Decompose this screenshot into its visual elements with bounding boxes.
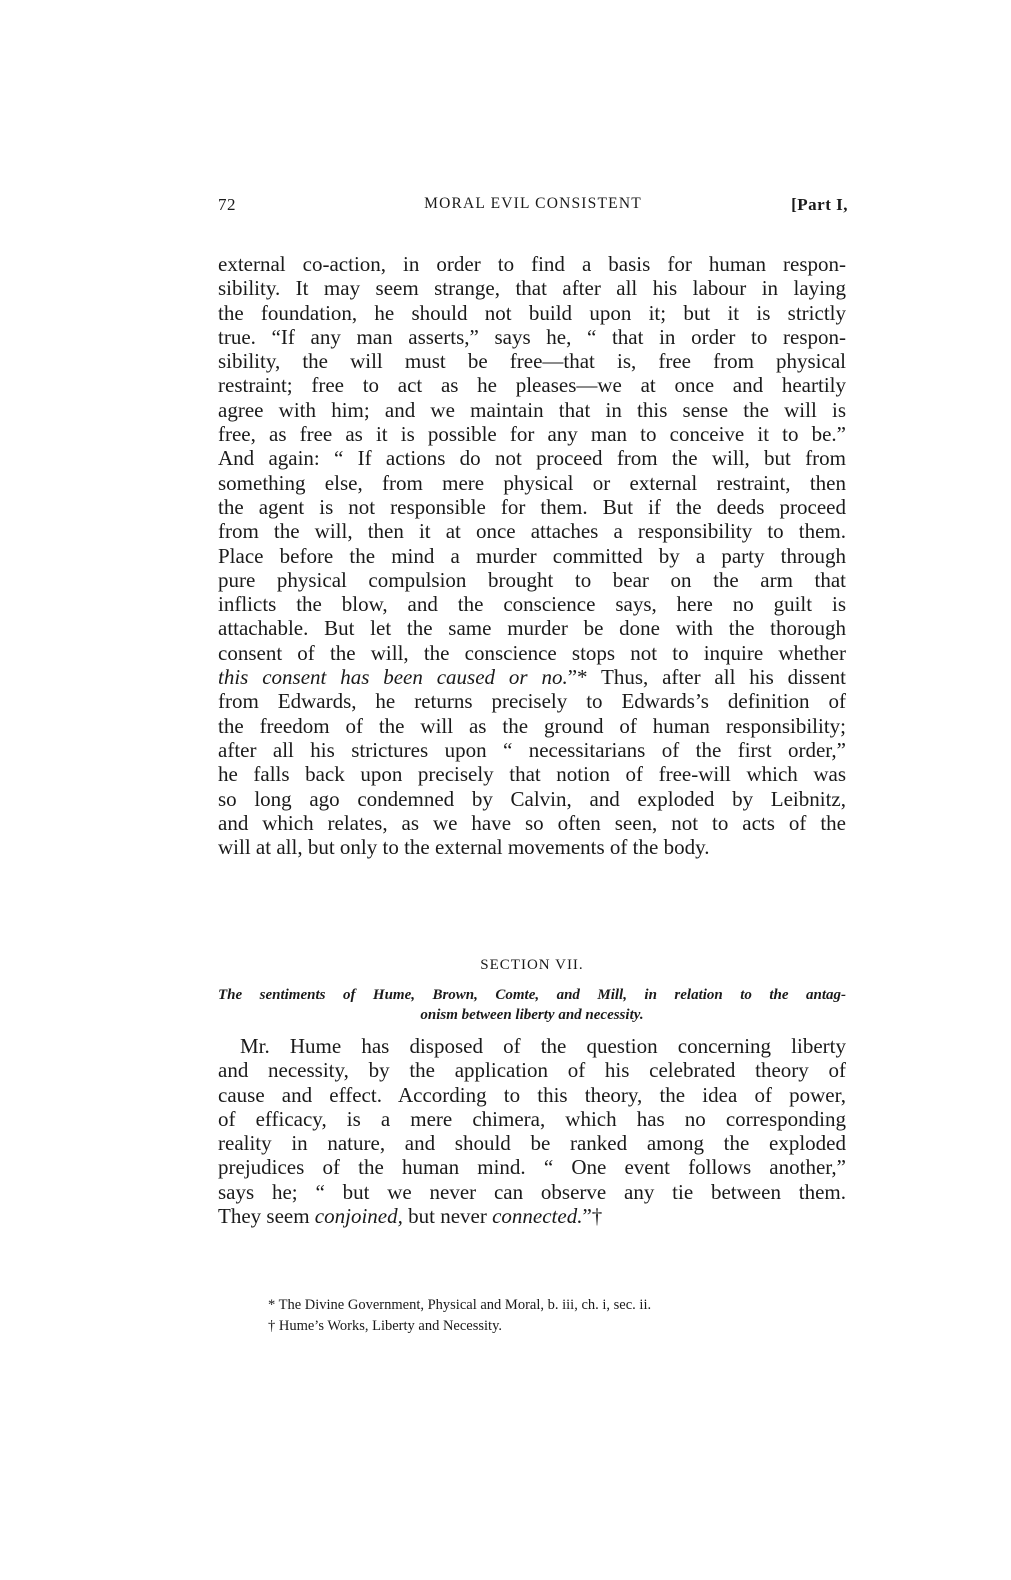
subtitle-line: The sentiments of Hume, Brown, Comte, an… — [218, 985, 846, 1005]
italic-quote: this consent has been caused or no. — [218, 665, 568, 689]
text-line: from the will, then it at once attaches … — [218, 519, 846, 543]
subtitle-line: onism between liberty and necessity. — [218, 1005, 846, 1025]
text-line: pure physical compulsion brought to bear… — [218, 568, 846, 592]
text-line: the freedom of the will as the ground of… — [218, 714, 846, 738]
text-line: the foundation, he should not build upon… — [218, 301, 846, 325]
text-line: sibility. It may seem strange, that afte… — [218, 276, 846, 300]
text-line: inflicts the blow, and the conscience sa… — [218, 592, 846, 616]
footnotes: * The Divine Government, Physical and Mo… — [268, 1295, 808, 1337]
text-line: attachable. But let the same murder be d… — [218, 616, 846, 640]
footnote: * The Divine Government, Physical and Mo… — [268, 1295, 808, 1316]
text-line: And again: “ If actions do not proceed f… — [218, 446, 846, 470]
text-line: true. “If any man asserts,” says he, “ t… — [218, 325, 846, 349]
text-line: cause and effect. According to this theo… — [218, 1083, 846, 1107]
text-line: this consent has been caused or no.”* Th… — [218, 665, 846, 689]
text-fragment: but never — [403, 1204, 492, 1228]
text-line: They seem conjoined, but never connected… — [218, 1204, 846, 1228]
text-line: he falls back upon precisely that notion… — [218, 762, 846, 786]
italic-word: connected. — [492, 1204, 582, 1228]
paragraph-hume: Mr. Hume has disposed of the question co… — [218, 1034, 846, 1228]
text-line: sibility, the will must be free—that is,… — [218, 349, 846, 373]
text-line: something else, from mere physical or ex… — [218, 471, 846, 495]
italic-word: conjoined, — [315, 1204, 403, 1228]
book-page: 72 MORAL EVIL CONSISTENT [Part I, extern… — [0, 0, 1011, 1580]
section-heading: SECTION VII. — [218, 957, 846, 974]
text-line: says he; “ but we never can observe any … — [218, 1180, 846, 1204]
section-subtitle: The sentiments of Hume, Brown, Comte, an… — [218, 985, 846, 1025]
text-line: from Edwards, he returns precisely to Ed… — [218, 689, 846, 713]
running-head: 72 MORAL EVIL CONSISTENT [Part I, — [218, 195, 848, 219]
text-line: reality in nature, and should be ranked … — [218, 1131, 846, 1155]
text-line: the agent is not responsible for them. B… — [218, 495, 846, 519]
text-line: agree with him; and we maintain that in … — [218, 398, 846, 422]
text-line: of efficacy, is a mere chimera, which ha… — [218, 1107, 846, 1131]
footnote-ref-text: ”† — [582, 1204, 602, 1228]
running-title: MORAL EVIL CONSISTENT — [218, 195, 848, 213]
text-line: and which relates, as we have so often s… — [218, 811, 846, 835]
text-line: will at all, but only to the external mo… — [218, 835, 846, 859]
footnote: † Hume’s Works, Liberty and Necessity. — [268, 1316, 808, 1337]
text-line: restraint; free to act as he pleases—we … — [218, 373, 846, 397]
paragraph-continued: external co-action, in order to find a b… — [218, 252, 846, 859]
text-line: free, as free as it is possible for any … — [218, 422, 846, 446]
text-line: Mr. Hume has disposed of the question co… — [218, 1034, 846, 1058]
text-line: after all his strictures upon “ necessit… — [218, 738, 846, 762]
text-line: and necessity, by the application of his… — [218, 1058, 846, 1082]
text-line: external co-action, in order to find a b… — [218, 252, 846, 276]
text-fragment: They seem — [218, 1204, 315, 1228]
part-label: [Part I, — [791, 195, 848, 215]
text-line: so long ago condemned by Calvin, and exp… — [218, 787, 846, 811]
footnote-ref-text: ”* Thus, after all his dissent — [568, 665, 846, 689]
text-line: consent of the will, the conscience stop… — [218, 641, 846, 665]
text-line: prejudices of the human mind. “ One even… — [218, 1155, 846, 1179]
text-line: Place before the mind a murder committed… — [218, 544, 846, 568]
